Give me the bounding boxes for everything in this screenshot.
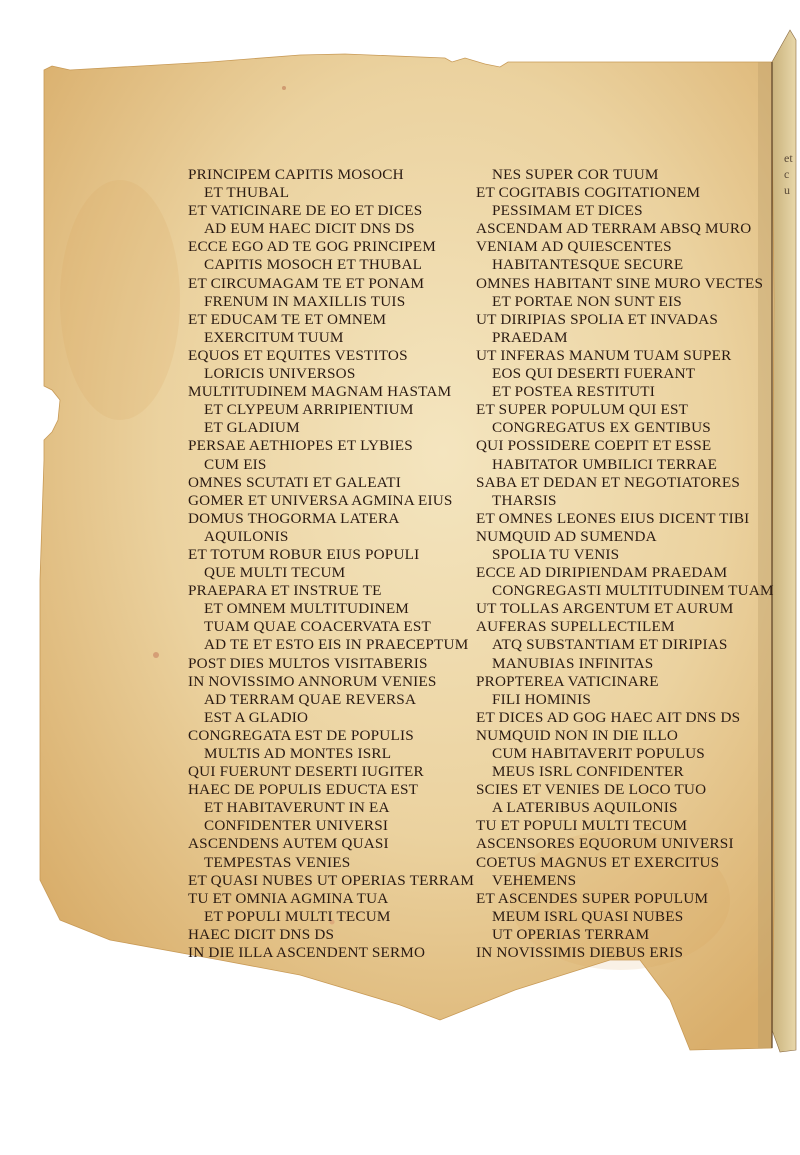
next-leaf-line: u (784, 182, 793, 198)
manuscript-line: domus thogorma latera (188, 510, 474, 528)
manuscript-line: qui fuerunt deserti iugiter (188, 763, 474, 781)
manuscript-line: post dies multos visitaberis (188, 655, 474, 673)
manuscript-line: ecce ego ad te gog principem (188, 238, 474, 256)
manuscript-line: ascendam ad terram absq muro (476, 220, 774, 238)
manuscript-line: que multi tecum (188, 564, 474, 582)
manuscript-line: a lateribus aquilonis (476, 799, 774, 817)
manuscript-line: haec de populis educta est (188, 781, 474, 799)
manuscript-line: multitudinem magnam hastam (188, 383, 474, 401)
manuscript-line: scies et venies de loco tuo (476, 781, 774, 799)
manuscript-line: confidenter universi (188, 817, 474, 835)
manuscript-line: coetus magnus et exercitus (476, 854, 774, 872)
manuscript-line: et dices ad gog haec ait dns ds (476, 709, 774, 727)
manuscript-line: exercitum tuum (188, 329, 474, 347)
manuscript-line: ad eum haec dicit dns ds (188, 220, 474, 238)
manuscript-line: cum habitaverit populus (476, 745, 774, 763)
right-text-column: nes super cor tuumet cogitabis cogitatio… (476, 166, 774, 962)
manuscript-line: eos qui deserti fuerant (476, 365, 774, 383)
manuscript-line: tuam quae coacervata est (188, 618, 474, 636)
manuscript-line: et postea restituti (476, 383, 774, 401)
manuscript-line: praedam (476, 329, 774, 347)
manuscript-line: et thubal (188, 184, 474, 202)
manuscript-line: ut operias terram (476, 926, 774, 944)
manuscript-line: tharsis (476, 492, 774, 510)
manuscript-line: et omnem multitudinem (188, 600, 474, 618)
manuscript-page: principem capitis mosochet thubalet vati… (0, 0, 800, 1155)
manuscript-line: ut diripias spolia et invadas (476, 311, 774, 329)
manuscript-line: manubias infinitas (476, 655, 774, 673)
manuscript-line: meus isrl confidenter (476, 763, 774, 781)
manuscript-line: et circumagam te et ponam (188, 275, 474, 293)
manuscript-line: et quasi nubes ut operias terram (188, 872, 474, 890)
manuscript-line: habitantesque secure (476, 256, 774, 274)
manuscript-line: fili hominis (476, 691, 774, 709)
manuscript-line: meum isrl quasi nubes (476, 908, 774, 926)
manuscript-line: ecce ad diripiendam praedam (476, 564, 774, 582)
manuscript-line: congregata est de populis (188, 727, 474, 745)
manuscript-line: et portae non sunt eis (476, 293, 774, 311)
manuscript-line: principem capitis mosoch (188, 166, 474, 184)
next-leaf-line: et (784, 150, 793, 166)
manuscript-line: in novissimis diebus eris (476, 944, 774, 962)
manuscript-line: saba et dedan et negotiatores (476, 474, 774, 492)
manuscript-line: congregatus ex gentibus (476, 419, 774, 437)
manuscript-line: atq substantiam et diripias (476, 636, 774, 654)
manuscript-line: ut inferas manum tuam super (476, 347, 774, 365)
manuscript-line: propterea vaticinare (476, 673, 774, 691)
manuscript-line: et habitaverunt in ea (188, 799, 474, 817)
manuscript-line: equos et equites vestitos (188, 347, 474, 365)
manuscript-line: haec dicit dns ds (188, 926, 474, 944)
manuscript-line: capitis mosoch et thubal (188, 256, 474, 274)
manuscript-line: auferas supellectilem (476, 618, 774, 636)
manuscript-line: congregasti multitudinem tuam (476, 582, 774, 600)
manuscript-line: veniam ad quiescentes (476, 238, 774, 256)
manuscript-line: spolia tu venis (476, 546, 774, 564)
manuscript-line: ascensores equorum universi (476, 835, 774, 853)
manuscript-line: persae aethiopes et lybies (188, 437, 474, 455)
manuscript-line: frenum in maxillis tuis (188, 293, 474, 311)
manuscript-line: est a gladio (188, 709, 474, 727)
manuscript-line: aquilonis (188, 528, 474, 546)
manuscript-line: numquid non in die illo (476, 727, 774, 745)
manuscript-line: et gladium (188, 419, 474, 437)
manuscript-line: et clypeum arripientium (188, 401, 474, 419)
manuscript-line: omnes scutati et galeati (188, 474, 474, 492)
manuscript-line: et totum robur eius populi (188, 546, 474, 564)
manuscript-line: tu et omnia agmina tua (188, 890, 474, 908)
next-leaf-line: c (784, 166, 793, 182)
manuscript-line: et super populum qui est (476, 401, 774, 419)
manuscript-line: cum eis (188, 456, 474, 474)
manuscript-line: nes super cor tuum (476, 166, 774, 184)
manuscript-line: qui possidere coepit et esse (476, 437, 774, 455)
next-leaf-fragment: etcu (784, 150, 793, 198)
manuscript-line: et populi multi tecum (188, 908, 474, 926)
manuscript-line: ascendens autem quasi (188, 835, 474, 853)
manuscript-line: in novissimo annorum venies (188, 673, 474, 691)
manuscript-line: et cogitabis cogitationem (476, 184, 774, 202)
manuscript-line: tempestas venies (188, 854, 474, 872)
manuscript-line: et omnes leones eius dicent tibi (476, 510, 774, 528)
manuscript-line: habitator umbilici terrae (476, 456, 774, 474)
manuscript-line: et vaticinare de eo et dices (188, 202, 474, 220)
manuscript-line: loricis universos (188, 365, 474, 383)
manuscript-line: omnes habitant sine muro vectes (476, 275, 774, 293)
manuscript-line: tu et populi multi tecum (476, 817, 774, 835)
manuscript-line: pessimam et dices (476, 202, 774, 220)
manuscript-line: et educam te et omnem (188, 311, 474, 329)
manuscript-line: numquid ad sumenda (476, 528, 774, 546)
manuscript-line: in die illa ascendent sermo (188, 944, 474, 962)
manuscript-line: ut tollas argentum et aurum (476, 600, 774, 618)
manuscript-line: praepara et instrue te (188, 582, 474, 600)
manuscript-line: ad terram quae reversa (188, 691, 474, 709)
manuscript-line: vehemens (476, 872, 774, 890)
manuscript-line: gomer et universa agmina eius (188, 492, 474, 510)
left-text-column: principem capitis mosochet thubalet vati… (188, 166, 474, 962)
manuscript-line: ad te et esto eis in praeceptum (188, 636, 474, 654)
manuscript-line: et ascendes super populum (476, 890, 774, 908)
manuscript-line: multis ad montes isrl (188, 745, 474, 763)
